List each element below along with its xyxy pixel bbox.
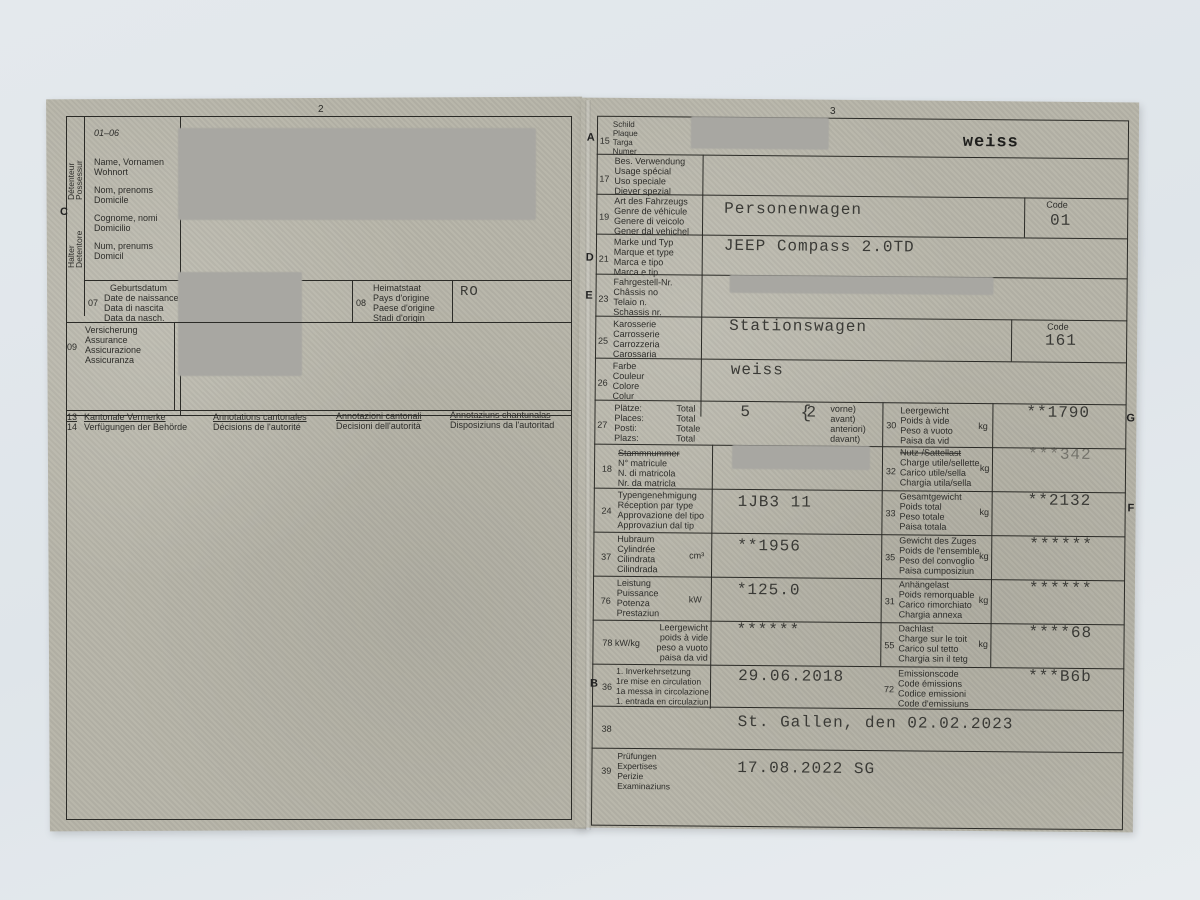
field-26-number: 26 [598, 378, 608, 388]
field-32-unit: kg [980, 463, 990, 473]
field-15-number: 15 [600, 136, 610, 146]
section-letter-c: C [60, 206, 68, 218]
field-26-label: Farbe Couleur Colore Colur [613, 361, 645, 401]
field-32-number: 32 [886, 466, 896, 476]
field-33-unit: kg [980, 507, 990, 517]
field-78-label: Leergewicht poids à vide peso a vuoto pa… [656, 622, 708, 662]
empty-weight-value: **1790 [1026, 403, 1090, 422]
field-08-number: 08 [356, 298, 366, 308]
annotation-heading-fr: Annotations cantonales Décisions de l'au… [213, 412, 307, 432]
field-30-label: Leergewicht Poids à vide Peso a vuoto Pa… [900, 405, 953, 445]
field-21-number: 21 [599, 254, 609, 264]
make-model-value: JEEP Compass 2.0TD [724, 237, 915, 257]
field-39-number: 39 [601, 766, 611, 776]
power-to-weight-value: ****** [736, 621, 800, 640]
field-38-number: 38 [602, 724, 612, 734]
field-35-label: Gewicht des Zuges Poids de l'ensemble Pe… [899, 535, 980, 576]
first-registration-date: 29.06.2018 [738, 667, 844, 686]
field-31-number: 31 [885, 596, 895, 606]
field-33-number: 33 [885, 508, 895, 518]
matriculation-number-redacted [732, 445, 870, 470]
field-31-label: Anhängelast Poids remorquable Carico rim… [899, 579, 975, 620]
side-label-detentore: Detentore [75, 231, 84, 268]
annotations-numbers: 13 14 [67, 412, 77, 432]
power-value: *125.0 [737, 581, 801, 600]
page-number-right: 3 [830, 106, 836, 117]
divider [84, 280, 572, 281]
field-25-number: 25 [598, 336, 608, 346]
field-07-label: Geburtsdatum Date de naissance Data di n… [104, 283, 179, 323]
field-19-number: 19 [599, 212, 609, 222]
field-37-unit: cm³ [689, 551, 704, 561]
field-19-label: Art des Fahrzeugs Genre de véhicule Gene… [614, 196, 689, 237]
field-76-label: Leistung Puissance Potenza Prestaziun [617, 578, 660, 618]
color-value: weiss [731, 361, 784, 379]
section-letter-d: D [586, 252, 594, 264]
field-09-label: Versicherung Assurance Assicurazione Ass… [85, 325, 141, 365]
birthdate-redacted [178, 272, 302, 376]
field-32-label: Nutz-/Sattellast Charge utile/sellette C… [900, 447, 980, 488]
section-letter-g: G [1126, 412, 1135, 424]
total-weight-value: **2132 [1028, 491, 1092, 510]
holder-name-redacted [178, 128, 536, 220]
divider [66, 322, 572, 323]
field-15-label: Schild Plaque Targa Numer [613, 120, 638, 156]
field-30-unit: kg [978, 421, 988, 431]
field-08-label: Heimatstaat Pays d'origine Paese d'origi… [373, 283, 435, 323]
field-33-label: Gesamtgewicht Poids total Peso totale Pa… [899, 491, 961, 532]
field-72-label: Emissionscode Code émissions Codice emis… [898, 668, 969, 709]
annotation-heading-rm: Annotaziuns chantunalas Disposiziuns da … [450, 410, 554, 430]
field-24-label: Typengenehmigung Réception par type Appr… [617, 490, 704, 531]
section-letter-b: B [590, 678, 598, 690]
field-18-label: Stammnummer N° matricule N. di matricola… [618, 448, 680, 489]
field-36-label: 1. Inverkehrsetzung 1re mise en circulat… [616, 666, 709, 707]
side-label-possessur: Possessur [75, 160, 84, 200]
type-approval-value: 1JB3 11 [738, 493, 812, 512]
field-23-number: 23 [598, 294, 608, 304]
field-31-unit: kg [979, 595, 989, 605]
plate-number-redacted [691, 117, 829, 150]
inspection-date: 17.08.2022 SG [737, 759, 875, 778]
divider [174, 322, 175, 410]
field-25-label: Karosserie Carrosserie Carrozzeria Caros… [613, 319, 660, 359]
field-17-number: 17 [599, 174, 609, 184]
field-27-front-label: vorne) avant) anteriori) davant) [830, 404, 866, 444]
field-24-number: 24 [602, 506, 612, 516]
field-55-number: 55 [884, 640, 894, 650]
chassis-number-redacted [729, 275, 993, 295]
field-30-number: 30 [886, 420, 896, 430]
section-letter-e: E [585, 290, 592, 302]
field-27-label: Plätze: Places: Posti: Plazs: [614, 403, 644, 443]
roof-load-value: ****68 [1028, 623, 1092, 642]
field-55-label: Dachlast Charge sur le toit Carico sul t… [898, 623, 968, 664]
field-36-number: 36 [602, 682, 612, 692]
seats-front-value: 2 [806, 404, 817, 422]
divider [352, 280, 353, 322]
field-37-label: Hubraum Cylindrée Cilindrata Cilindrada [617, 534, 658, 574]
vehicle-type-value: Personenwagen [724, 200, 862, 219]
page-number-left: 2 [318, 104, 324, 115]
field-35-number: 35 [885, 552, 895, 562]
field-18-number: 18 [602, 464, 612, 474]
field-07-number: 07 [88, 298, 98, 308]
field-76-number: 76 [601, 596, 611, 606]
displacement-value: **1956 [737, 537, 801, 556]
train-weight-value: ****** [1029, 535, 1093, 554]
body-type-code: 161 [1045, 332, 1077, 350]
issue-place-date: St. Gallen, den 02.02.2023 [738, 713, 1014, 733]
vehicle-type-code: 01 [1050, 212, 1071, 230]
field-01-06-number: 01–06 [94, 128, 119, 138]
field-55-unit: kg [978, 639, 988, 649]
field-78-number: 78 kW/kg [602, 638, 640, 648]
section-letter-a: A [587, 132, 595, 144]
seats-total-value: 5 [740, 403, 751, 421]
field-23-label: Fahrgestell-Nr. Châssis no Telaio n. Sch… [613, 277, 672, 318]
field-37-number: 37 [601, 552, 611, 562]
field-72-number: 72 [884, 684, 894, 694]
body-type-value: Stationswagen [729, 317, 867, 336]
emission-code-value: ***B6b [1028, 667, 1092, 686]
towing-capacity-value: ****** [1029, 579, 1093, 598]
field-08-value: RO [460, 284, 479, 300]
field-27-total-label: Total Total Totale Total [676, 403, 700, 443]
plate-color-value: weiss [963, 133, 1019, 152]
annotation-heading-de: Kantonale Vermerke Verfügungen der Behör… [84, 412, 187, 432]
field-21-label: Marke und Typ Marque et type Marca e tip… [614, 237, 674, 278]
field-27-number: 27 [597, 420, 607, 430]
field-39-label: Prüfungen Expertises Perizie Examinaziun… [617, 751, 670, 791]
payload-value: ***342 [1028, 445, 1092, 464]
field-17-label: Bes. Verwendung Usage spécial Uso specia… [614, 156, 685, 197]
field-19-code-label: Code [1046, 200, 1068, 210]
annotation-heading-it: Annotazioni cantonali Decisioni dell'aut… [336, 411, 422, 431]
field-76-unit: kW [689, 595, 702, 605]
section-letter-f: F [1128, 502, 1135, 514]
field-35-unit: kg [979, 551, 989, 561]
field-01-06-label: Name, Vornamen Wohnort Nom, prenoms Domi… [94, 157, 164, 261]
divider [452, 280, 453, 322]
divider [84, 116, 85, 316]
field-25-code-label: Code [1047, 322, 1069, 332]
page-fold [585, 100, 591, 830]
annotations-content-frame [66, 416, 572, 820]
field-09-number: 09 [67, 342, 77, 352]
